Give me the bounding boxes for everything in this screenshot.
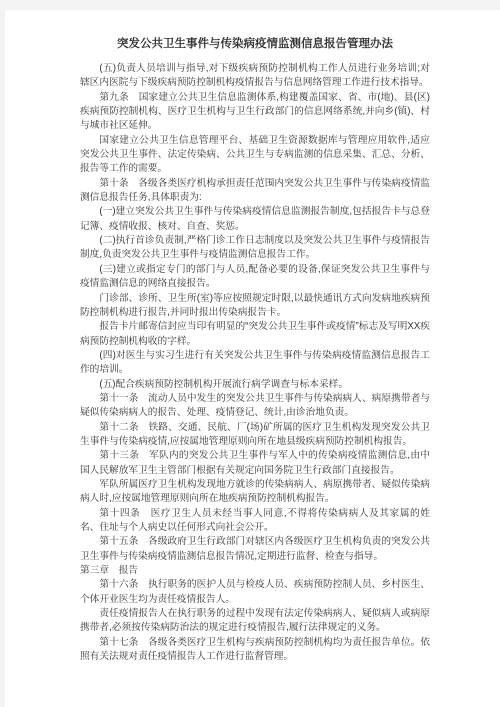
chapter-heading: 第三章 报告: [80, 564, 430, 578]
paragraph: 国家建立公共卫生信息管理平台、基础卫生资源数据库与管理应用软件,适应突发公共卫生…: [80, 134, 430, 177]
paragraph: 报告卡片邮寄信封应当印有明显的“突发公共卫生事件或疫情”标志及写明XX疾病预防控…: [80, 320, 430, 349]
paragraph: 责任疫情报告人在执行职务的过程中发现有法定传染病病人、疑似病人或病原携带者,必须…: [80, 607, 430, 636]
paragraph-article-14: 第十四条 医疗卫生人员未经当事人同意,不得将传染病病人及其家属的姓名、住址与个人…: [80, 507, 430, 536]
paragraph-item-5: (五)配合疾病预防控制机构开展流行病学调查与标本采样。: [80, 378, 430, 392]
paragraph-article-12: 第十二条 铁路、交通、民航、厂(场)矿所属的医疗卫生机构发现突发公共卫生事件与传…: [80, 421, 430, 450]
paragraph: (五)负责人员培训与指导,对下级疾病预防控制机构工作人员进行业务培训;对辖区内医…: [80, 62, 430, 91]
paragraph-article-17: 第十七条 各级各类医疗卫生机构与疾病预防控制机构均为责任报告单位。依照有关法规对…: [80, 636, 430, 665]
paragraph-article-13: 第十三条 军队内的突发公共卫生事件与军人中的传染病疫情监测信息,由中国人民解放军…: [80, 449, 430, 478]
paragraph-item-1: (一)建立突发公共卫生事件与传染病疫情信息监测报告制度,包括报告卡与总登记簿、疫…: [80, 205, 430, 234]
paragraph-article-16: 第十六条 执行职务的医护人员与检疫人员、疾病预防控制人员、乡村医生、个体开业医生…: [80, 578, 430, 607]
document-canvas: 突发公共卫生事件与传染病疫情监测信息报告管理办法 (五)负责人员培训与指导,对下…: [0, 0, 500, 707]
document-sheet: 突发公共卫生事件与传染病疫情监测信息报告管理办法 (五)负责人员培训与指导,对下…: [5, 10, 500, 707]
paragraph-article-9: 第九条 国家建立公共卫生信息监测体系,构建覆盖国家、省、市(地)、县(区)疾病预…: [80, 91, 430, 134]
paragraph: 军队所属医疗卫生机构发现地方就诊的传染病病人、病原携带者、疑似传染病病人时,应按…: [80, 478, 430, 507]
paragraph-item-2: (二)执行首诊负责制,严格门诊工作日志制度以及突发公共卫生事件与疫情报告制度,负…: [80, 234, 430, 263]
paragraph-item-4: (四)对医生与实习生进行有关突发公共卫生事件与传染病疫情监测信息报告工作的培训。: [80, 349, 430, 378]
paragraph-item-3: (三)建立或指定专门的部门与人员,配备必要的设备,保证突发公共卫生事件与疫情监测…: [80, 263, 430, 292]
paragraph: 门诊部、诊所、卫生所(室)等应按照规定时限,以最快通讯方式向发病地疾病预防控制机…: [80, 292, 430, 321]
paragraph-article-10: 第十条 各级各类医疗机构承担责任范围内突发公共卫生事件与传染病疫情监测信息报告任…: [80, 177, 430, 206]
document-title: 突发公共卫生事件与传染病疫情监测信息报告管理办法: [80, 36, 430, 52]
paragraph-article-15: 第十五条 各级政府卫生行政部门对辖区内各级医疗卫生机构负责的突发公共卫生事件与传…: [80, 535, 430, 564]
paragraph-article-11: 第十一条 流动人员中发生的突发公共卫生事件与传染病病人、病原携带者与疑似传染病病…: [80, 392, 430, 421]
document-content: 突发公共卫生事件与传染病疫情监测信息报告管理办法 (五)负责人员培训与指导,对下…: [5, 10, 500, 664]
